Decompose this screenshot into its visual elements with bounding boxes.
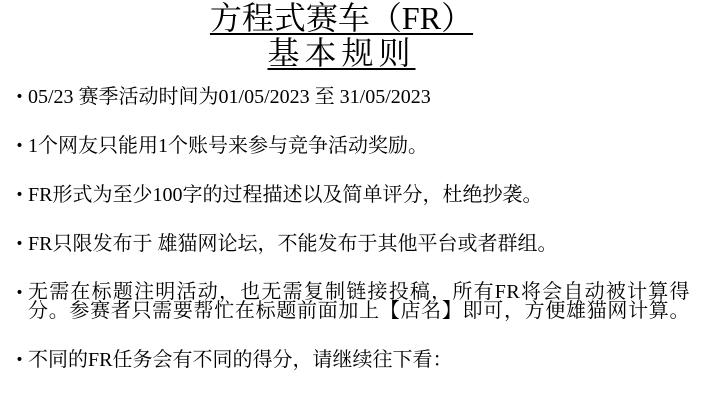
bullet-icon: • — [11, 185, 28, 205]
bullet-text-different-scores: 不同的FR任务会有不同的得分，请继续往下看： — [28, 350, 690, 370]
list-item: • 无需在标题注明活动，也无需复制链接投稿，所有FR将会自动被计算得分。参赛者只… — [11, 283, 690, 321]
bullet-icon: • — [11, 136, 28, 156]
slide-title: 方程式赛车（FR） 基本规则 — [0, 0, 713, 71]
slide: 方程式赛车（FR） 基本规则 • 05/23 赛季活动时间为01/05/2023… — [0, 0, 713, 411]
bullet-icon: • — [11, 350, 28, 370]
bullet-icon: • — [11, 234, 28, 254]
slide-title-line-1: 方程式赛车（FR） — [0, 1, 683, 36]
bullet-text-one-account: 1个网友只能用1个账号来参与竞争活动奖励。 — [28, 136, 690, 156]
list-item: • FR形式为至少100字的过程描述以及简单评分，杜绝抄袭。 — [11, 185, 690, 205]
bullet-text-auto-scoring: 无需在标题注明活动，也无需复制链接投稿，所有FR将会自动被计算得分。参赛者只需要… — [28, 283, 690, 321]
list-item: • 05/23 赛季活动时间为01/05/2023 至 31/05/2023 — [11, 87, 690, 107]
bullet-icon: • — [11, 283, 28, 303]
list-item: • 不同的FR任务会有不同的得分，请继续往下看： — [11, 350, 690, 370]
bullet-icon: • — [11, 87, 28, 107]
list-item: • 1个网友只能用1个账号来参与竞争活动奖励。 — [11, 136, 690, 156]
bullet-list: • 05/23 赛季活动时间为01/05/2023 至 31/05/2023 •… — [0, 71, 713, 370]
bullet-text-fr-format: FR形式为至少100字的过程描述以及简单评分，杜绝抄袭。 — [28, 185, 690, 205]
bullet-text-forum-only: FR只限发布于 雄猫网论坛，不能发布于其他平台或者群组。 — [28, 234, 690, 254]
list-item: • FR只限发布于 雄猫网论坛，不能发布于其他平台或者群组。 — [11, 234, 690, 254]
slide-title-line-2: 基本规则 — [0, 36, 683, 71]
bullet-text-season-dates: 05/23 赛季活动时间为01/05/2023 至 31/05/2023 — [28, 87, 690, 107]
